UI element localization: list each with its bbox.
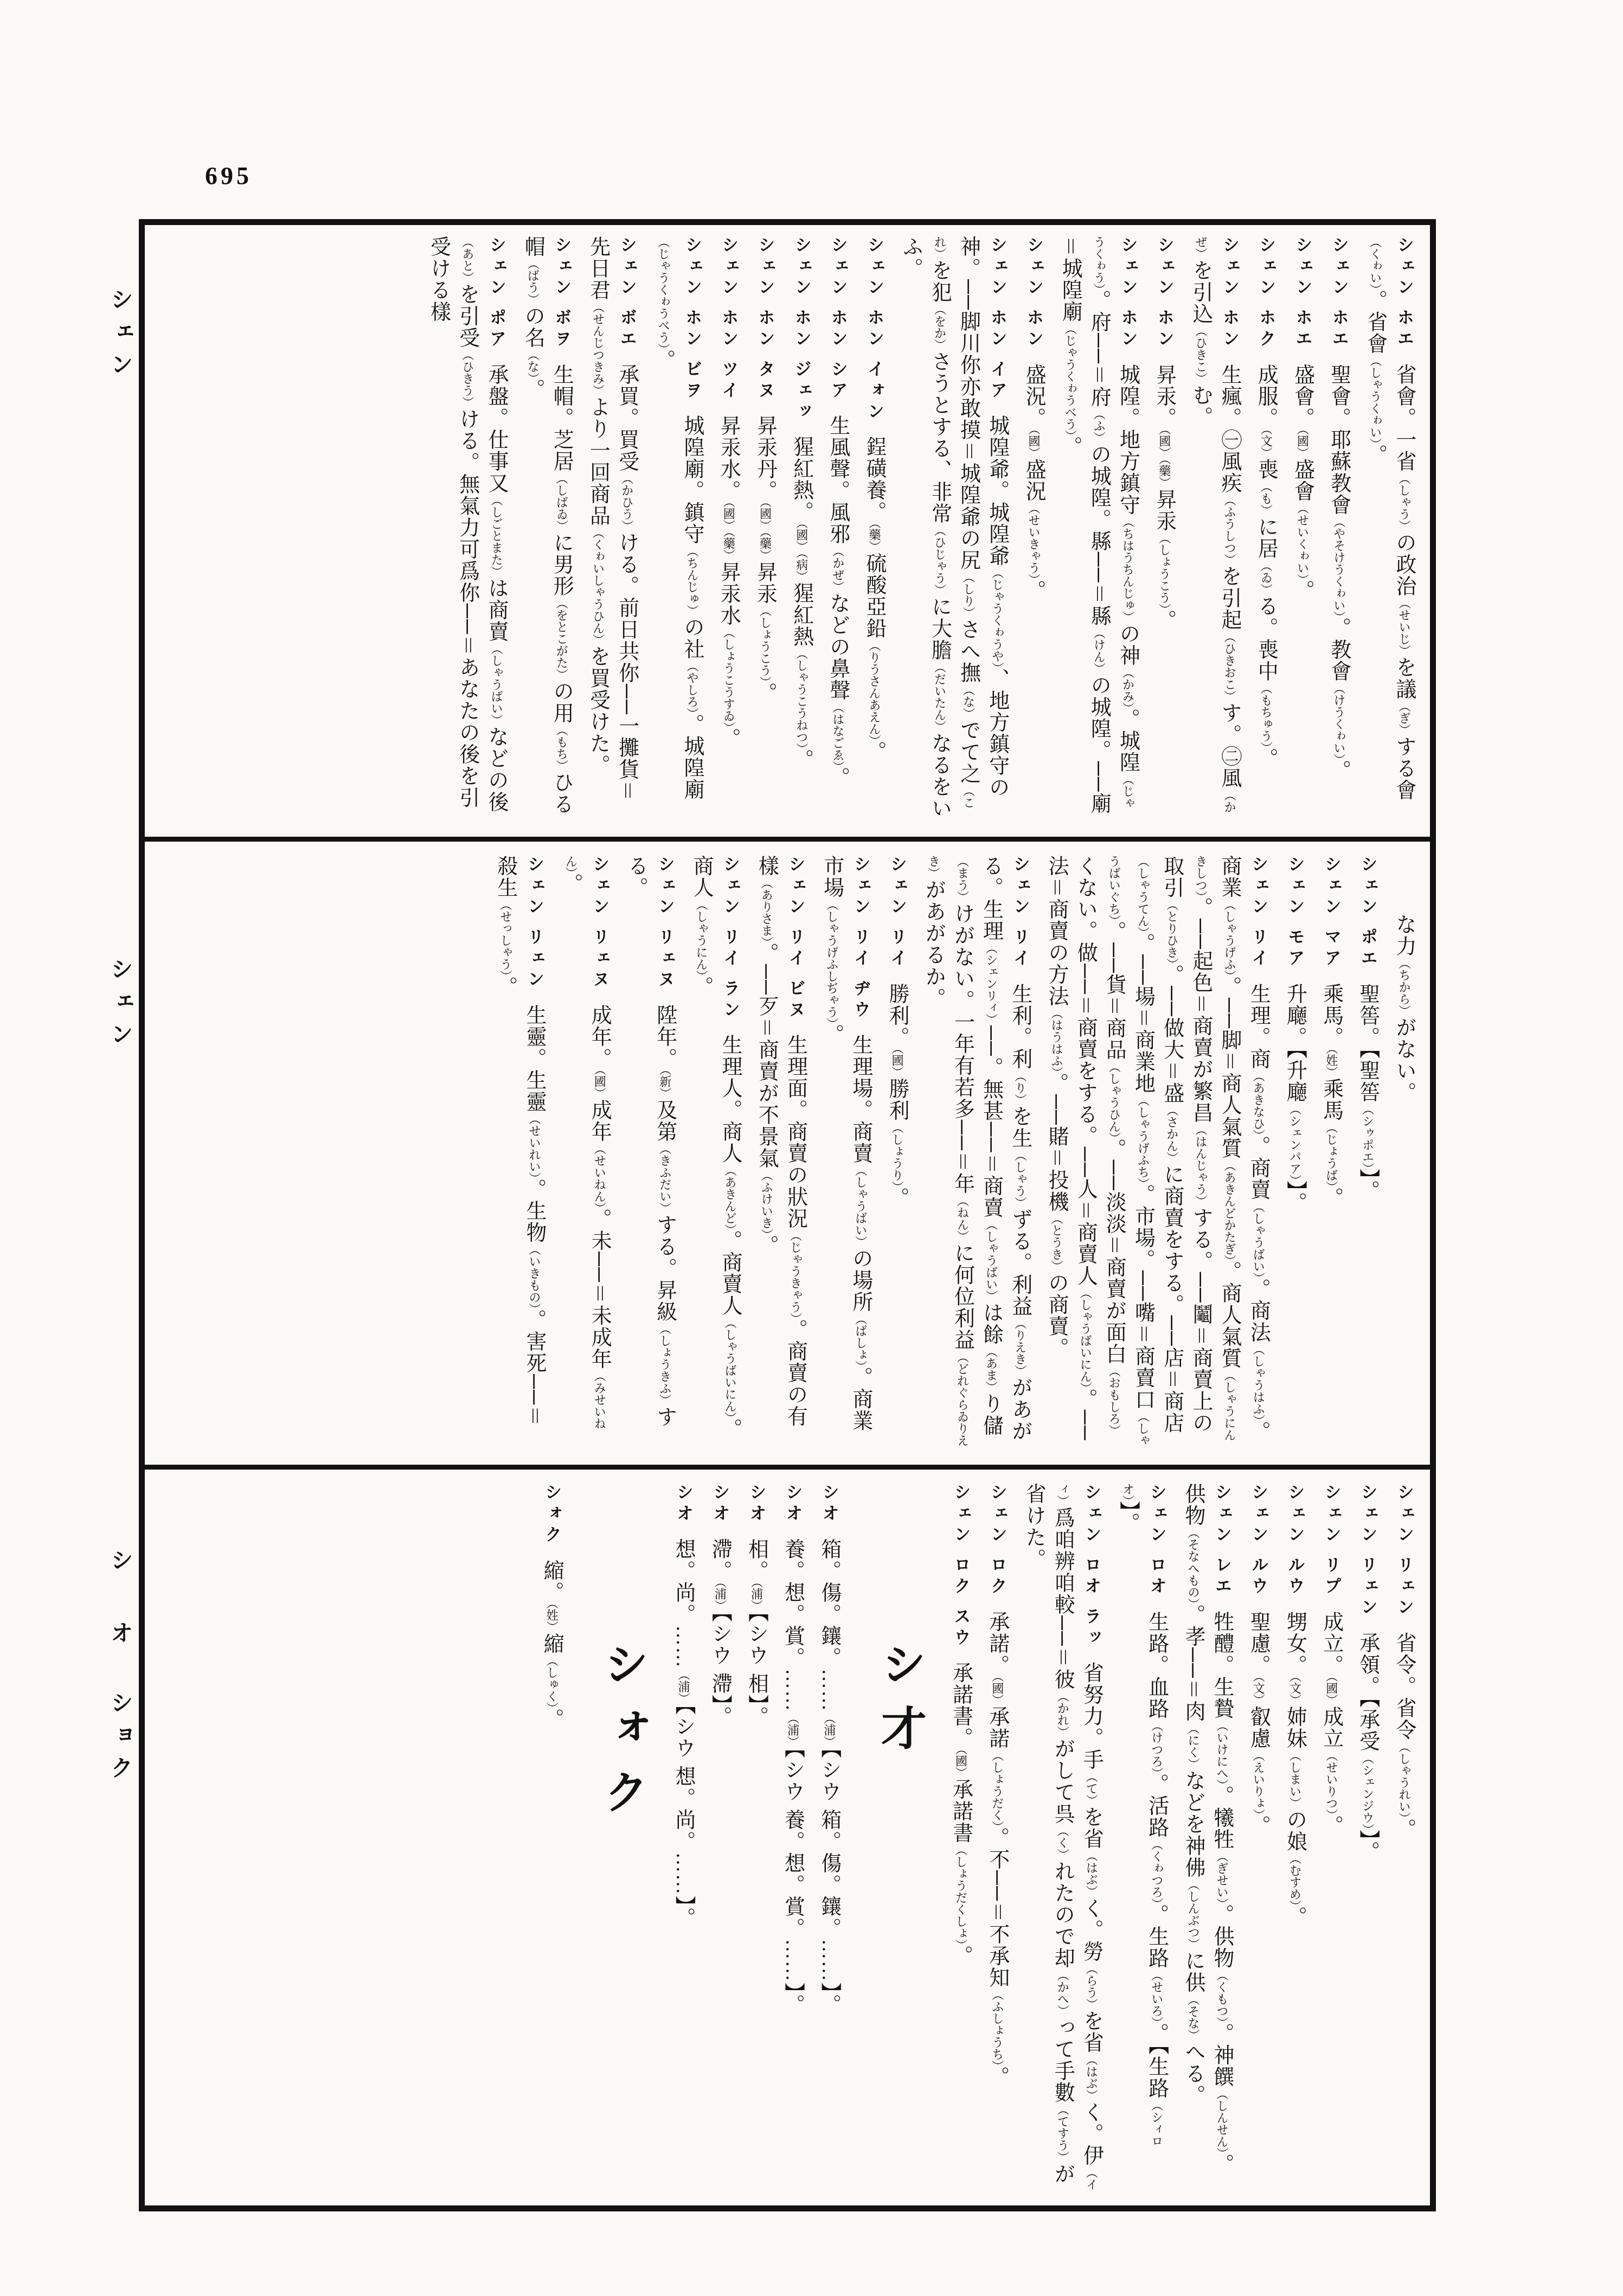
entry-definition-text: 滯。（浦）【シウ 滯】。 bbox=[708, 1538, 731, 1728]
entry-headword-kana: シオ bbox=[820, 1483, 839, 1525]
dict-entry: シオ養。想。賞。……（浦）【シウ 養。想。賞。……】。 bbox=[778, 1483, 806, 2192]
entry-definition-text: 想。尚。……（浦）【シウ 想。尚。……】。 bbox=[672, 1538, 695, 1929]
section-header-text: シォク bbox=[598, 1640, 649, 1832]
entry-headword-kana: シェン レエ bbox=[1213, 1483, 1231, 1598]
entry-headword-kana: シェン ホン bbox=[1024, 236, 1043, 351]
dict-entry: シェン ホン イア城隍爺。城隍爺（じゃうくゎうや）、地方鎮守の神。──脚川你亦敢… bbox=[896, 236, 1011, 820]
dict-entry: シェン ロク承諾。（國）承諾（しょうだく）。不──＝不承知（ふしょうち）。 bbox=[983, 1483, 1011, 2192]
dict-entry: シオ相。（浦）【シウ 相】。 bbox=[741, 1483, 770, 2192]
entry-definition-text: 乘馬。（姓）乘馬（じょうば）。 bbox=[1320, 983, 1343, 1209]
entry-headword-kana: シェン ポア bbox=[487, 236, 506, 351]
entry-headword-kana: シェン リイ bbox=[1011, 855, 1030, 970]
page-number: 695 bbox=[205, 162, 252, 190]
entry-definition-text: 成服。（文）喪（も）に居（ゐ）る。喪中（もちゅう）。 bbox=[1254, 364, 1277, 769]
entry-headword-kana: シオ bbox=[710, 1483, 729, 1525]
entry-headword-kana: シェン ホン タヌ bbox=[755, 236, 774, 402]
dict-entry: シェン マア乘馬。（姓）乘馬（じょうば）。 bbox=[1316, 855, 1345, 1447]
dict-entry: シェン リイ ビヌ生理面。商賣の狀況（じゃうきゃう）。商賣の有樣（ありさま）。─… bbox=[752, 855, 809, 1447]
entry-definition-text: 勝利。（國）勝利（しょうり）。 bbox=[886, 983, 908, 1209]
entry-headword-kana: シェン リイ ラン bbox=[721, 855, 740, 1021]
entry-headword-kana: シォク bbox=[542, 1483, 561, 1547]
entry-definition-text: 成立。（國）成立（せいりつ）。 bbox=[1320, 1611, 1343, 1837]
dict-entry: な力（ちから）がない。 bbox=[1389, 855, 1418, 1447]
entry-definition-text: 昇汞丹。（國）（藥）昇汞（しょうこう）。 bbox=[753, 415, 776, 704]
dict-entry: シェン ロク スウ承諾書。（國）承諾書（しょうだくしょ）。 bbox=[946, 1483, 974, 2192]
entry-definition-text: 相。（浦）【シウ 相】。 bbox=[745, 1538, 767, 1728]
dict-entry: シェン リェヌ陞年。（新）及第（きふだい）する。昇級（しょうきふ）する。 bbox=[621, 855, 678, 1447]
margin-index-label-shen-top: シェン bbox=[104, 287, 137, 385]
entry-definition-text: 養。想。賞。……（浦）【シウ 養。想。賞。……】。 bbox=[781, 1538, 804, 2016]
entry-definition-text: 昇汞水。（國）（藥）昇汞水（しょうこうすゐ）。 bbox=[717, 415, 740, 749]
margin-index-label-shen-middle: シェン bbox=[104, 957, 137, 1055]
entry-definition-text: 承諾。（國）承諾（しょうだく）。不──＝不承知（ふしょうち）。 bbox=[986, 1611, 1009, 2088]
entry-headword-kana: シェン ホン イォン bbox=[865, 236, 884, 423]
dict-entry: シェン リイ生理。商（あきなひ）。商賣（しゃうばい）。商法（しゃうはふ）。商業（… bbox=[1042, 855, 1273, 1447]
band-top-entries: シェン ホエ省會。一省（しゃう）の政治（せいじ）を議（ぎ）する會（くゎい）。省會… bbox=[153, 236, 1418, 820]
dict-entry: シェン リプ成立。（國）成立（せいりつ）。 bbox=[1316, 1483, 1345, 2192]
entry-headword-kana: シェン ホエ bbox=[1395, 236, 1414, 351]
entry-definition-text: 生理。商（あきなひ）。商賣（しゃうばい）。商法（しゃうはふ）。商業（しゃうげふ）… bbox=[1045, 855, 1269, 1446]
entry-definition-text: 猩紅熱。（國）（病）猩紅熱（しゃうこうねつ）。 bbox=[790, 436, 813, 771]
entry-headword-kana: シェン モア bbox=[1285, 855, 1304, 970]
dict-entry: シェン ホン タヌ昇汞丹。（國）（藥）昇汞（しょうこう）。 bbox=[750, 236, 779, 820]
section-header: シォク bbox=[591, 1483, 655, 2192]
section-header: シ才 bbox=[868, 1483, 932, 2192]
entry-headword-kana: シェン リェン bbox=[525, 855, 544, 991]
dict-entry: シオ箱。傷。鑲。……（浦）【シウ 箱。傷。鑲。……】。 bbox=[814, 1483, 843, 2192]
dict-entry: シェン ポエ聖筶。【聖筶（シゥポエ）】。 bbox=[1353, 855, 1382, 1447]
entry-headword-kana: シェン ロオ ラッ bbox=[1082, 1483, 1101, 1649]
entry-headword-kana: シェン リェン bbox=[1358, 1483, 1377, 1619]
entry-headword-kana: シェン ホン ジェッ bbox=[792, 236, 811, 423]
section-header-text: シ才 bbox=[875, 1640, 926, 1768]
entry-definition-text: 聖慮。（文）叡慮（えいりょ）。 bbox=[1247, 1611, 1269, 1837]
entry-headword-kana: シオ bbox=[784, 1483, 803, 1525]
dict-entry: シェン リイ ラン生理人。商人（あきんど）。商賣人（しゃうばいにん）。商人（しゃ… bbox=[687, 855, 744, 1447]
entry-headword-kana: シェン マア bbox=[1322, 855, 1341, 970]
entry-headword-kana: シェン ホン ビヲ bbox=[683, 236, 702, 402]
entry-headword-kana: シェン ホエ bbox=[1330, 236, 1349, 351]
entry-headword-kana: シェン リイ ヂウ bbox=[851, 855, 870, 1021]
entry-headword-kana: シェン リェヌ bbox=[656, 855, 675, 991]
dict-entry: シェン ルウ甥女。（文）姉妹（しまい）の娘（むすめ）。 bbox=[1280, 1483, 1308, 2192]
dict-entry: シェン リェヌ成年。（國）成年（せいねん）。未──＝未成年（みせいねん）。 bbox=[556, 855, 613, 1447]
entry-headword-kana: シェン ルウ bbox=[1285, 1483, 1304, 1598]
entry-definition-text: 承領。【承受（シェンジウ）】。 bbox=[1356, 1632, 1379, 1863]
band-bottom-entries: シェン リェン省令。省令（しゃうれい）。シェン リェン承領。【承受（シェンジウ）… bbox=[153, 1483, 1418, 2192]
dict-entry: シェン ロオ生路。血路（けつろ）。活路（くゎつろ）。生路（せいろ）。【生路（シィ… bbox=[1113, 1483, 1170, 2192]
dict-entry: シォク縮。（姓）縮（しゅく）。 bbox=[537, 1483, 566, 2192]
entry-definition-text: 聖會。耶蘇教會（やそけうくゎい）。教會（けうくゎい）。 bbox=[1327, 364, 1350, 781]
entry-headword-kana: シェン ロク スウ bbox=[952, 1483, 971, 1649]
entry-headword-kana: シェン リイ bbox=[888, 855, 907, 970]
dict-entry: シェン リェン生靈。生靈（せいれい）。生物（いきもの）。害死──＝殺生（せっしゃ… bbox=[491, 855, 548, 1447]
entry-headword-kana: シェン ルウ bbox=[1249, 1483, 1268, 1598]
dict-entry: シェン ホン イォン鋥磺養。（藥）硫酸亞鉛（りうさんあえん）。 bbox=[859, 236, 888, 820]
dict-entry: シェン ルウ聖慮。（文）叡慮（えいりょ）。 bbox=[1243, 1483, 1272, 2192]
entry-definition-text: 盛會。（國）盛會（せいくゎい）。 bbox=[1291, 364, 1313, 601]
entry-definition-text: 甥女。（文）姉妹（しまい）の娘（むすめ）。 bbox=[1283, 1611, 1306, 1928]
entry-definition-text: 省令。省令（しゃうれい）。 bbox=[1393, 1632, 1415, 1840]
entry-headword-kana: シェン ポエ bbox=[1358, 855, 1377, 970]
entry-definition-text: 承諾書。（國）承諾書（しょうだくしょ）。 bbox=[950, 1662, 972, 1967]
entry-headword-kana: シェン ホン bbox=[1220, 236, 1239, 351]
entry-headword-kana: シェン ホン イア bbox=[988, 236, 1007, 402]
dict-entry: シェン ホン生瘋。㊀風疾（ふうしつ）を引起（ひきおこ）す。㊁風（かぜ）を引込（ひ… bbox=[1186, 236, 1243, 820]
margin-index-label-shoku: ショク bbox=[104, 1691, 137, 1788]
dict-entry: シェン ホク成服。（文）喪（も）に居（ゐ）る。喪中（もちゅう）。 bbox=[1251, 236, 1280, 820]
dict-entry: シェン リェン承領。【承受（シェンジウ）】。 bbox=[1353, 1483, 1382, 2192]
band-divider-rule-2 bbox=[145, 1465, 1430, 1470]
dict-entry: シオ想。尚。……（浦）【シウ 想。尚。……】。 bbox=[669, 1483, 697, 2192]
entry-headword-kana: シェン リェヌ bbox=[590, 855, 609, 991]
entry-definition-text: 縮。（姓）縮（しゅく）。 bbox=[540, 1560, 563, 1730]
entry-definition-text: な力（ちから）がない。 bbox=[1393, 914, 1415, 1104]
entry-headword-kana: シェン ボヲ bbox=[552, 236, 571, 351]
entry-headword-kana: シェン ホン シア bbox=[829, 236, 848, 402]
dict-entry: シェン ホン ジェッ猩紅熱。（國）（病）猩紅熱（しゃうこうねつ）。 bbox=[786, 236, 815, 820]
entry-headword-kana: シェン ホン ツイ bbox=[719, 236, 738, 402]
entry-headword-kana: シェン ホン bbox=[1119, 236, 1138, 351]
dict-entry: シェン リイ勝利。（國）勝利（しょうり）。 bbox=[882, 855, 911, 1447]
dict-entry: シェン リイ ヂウ生理場。商賣（しゃうばい）の場所（ばしょ）。商業市場（しゃうげ… bbox=[817, 855, 874, 1447]
band-middle-entries: な力（ちから）がない。シェン ポエ聖筶。【聖筶（シゥポエ）】。シェン マア乘馬。… bbox=[153, 855, 1418, 1447]
entry-headword-kana: シェン リイ ビヌ bbox=[786, 855, 805, 1021]
dict-entry: シェン ボエ承買。買受（かひう）ける。前日共你──一攤貨＝先日君（せんじつきみ）… bbox=[583, 236, 640, 820]
entry-headword-kana: シェン リイ bbox=[1249, 855, 1268, 970]
entry-definition-text: 箱。傷。鑲。……（浦）【シウ 箱。傷。鑲。……】。 bbox=[818, 1538, 841, 2016]
entry-headword-kana: シェン ボエ bbox=[618, 236, 637, 351]
dict-entry: シェン ホエ聖會。耶蘇教會（やそけうくゎい）。教會（けうくゎい）。 bbox=[1324, 236, 1352, 820]
entry-headword-kana: シオ bbox=[747, 1483, 766, 1525]
dict-entry: シェン モア升廰。【升廰（シェンパア）】。 bbox=[1280, 855, 1308, 1447]
dict-entry: シェン リイ生利。利（り）を生（しゃう）ずる。利益（りえき）があがる。生理（シェ… bbox=[919, 855, 1034, 1447]
band-divider-rule-1 bbox=[145, 837, 1430, 842]
dict-entry: シオ滯。（浦）【シウ 滯】。 bbox=[705, 1483, 734, 2192]
entry-definition-text: 升廰。【升廰（シェンパア）】。 bbox=[1283, 983, 1306, 1214]
entry-headword-kana: シェン ロオ bbox=[1147, 1483, 1166, 1598]
entry-headword-kana: シェン リプ bbox=[1322, 1483, 1341, 1598]
dict-entry: シェン ポア承盤。仕事又（しごとまた）は商賣（しゃうばい）などの後（あと）を引受… bbox=[424, 236, 510, 820]
dict-entry: シェン ボヲ生帽。芝居（しばゐ）に男形（をとこがた）の用（もち）ひる帽（ばう）の… bbox=[518, 236, 575, 820]
dict-entry: シェン リェン省令。省令（しゃうれい）。 bbox=[1389, 1483, 1418, 2192]
margin-index-label-shio: シ オ bbox=[104, 1548, 137, 1665]
dict-entry: シェン ロオ ラッ省努力。手（て）を省（はぶ）く。勞（らう）を省（はぶ）く。伊（… bbox=[1019, 1483, 1106, 2192]
dict-entry: シェン ホン ツイ昇汞水。（國）（藥）昇汞水（しょうこうすゐ）。 bbox=[714, 236, 742, 820]
dictionary-page-scan: 695 シェン シェン シ オ ショク シェン ホエ省會。一省（しゃう）の政治（… bbox=[0, 0, 1623, 2296]
entry-headword-kana: シェン リェン bbox=[1395, 1483, 1414, 1619]
dict-entry: シェン ホエ盛會。（國）盛會（せいくゎい）。 bbox=[1287, 236, 1316, 820]
entry-definition-text: 聖筶。【聖筶（シゥポエ）】。 bbox=[1356, 983, 1379, 1202]
dict-entry: シェン ホエ省會。一省（しゃう）の政治（せいじ）を議（ぎ）する會（くゎい）。省會… bbox=[1361, 236, 1418, 820]
entry-headword-kana: シェン ロク bbox=[988, 1483, 1007, 1598]
entry-headword-kana: シオ bbox=[674, 1483, 693, 1525]
dict-entry: シェン ホン城隍。地方鎮守（ちはうちんじゅ）の神（かみ）。城隍（じゃうくゎう）。… bbox=[1055, 236, 1142, 820]
entry-definition-text: 生風聲。風邪（かぜ）などの鼻聲（はなごゑ）。 bbox=[826, 415, 849, 788]
entry-headword-kana: シェン ホン bbox=[1155, 236, 1174, 351]
entry-definition-text: 昇汞。（國）（藥）昇汞（しょうこう）。 bbox=[1153, 364, 1176, 631]
entry-definition-text: 鋥磺養。（藥）硫酸亞鉛（りうさんあえん）。 bbox=[863, 436, 886, 762]
dict-entry: シェン ホン昇汞。（國）（藥）昇汞（しょうこう）。 bbox=[1150, 236, 1178, 820]
entry-headword-kana: シェン ホエ bbox=[1293, 236, 1312, 351]
entry-headword-kana: シェン ホク bbox=[1256, 236, 1275, 351]
dict-entry: シェン ホン盛況。（國）盛況（せいきゃう）。 bbox=[1019, 236, 1048, 820]
entry-definition-text: 盛況。（國）盛況（せいきゃう）。 bbox=[1022, 364, 1045, 601]
page-border-box: シェン ホエ省會。一省（しゃう）の政治（せいじ）を議（ぎ）する會（くゎい）。省會… bbox=[139, 219, 1436, 2211]
dict-entry: シェン ホン シア生風聲。風邪（かぜ）などの鼻聲（はなごゑ）。 bbox=[823, 236, 852, 820]
dict-entry: シェン ホン ビヲ城隍廟。鎮守（ちんじゅ）の社（やしろ）。城隍廟（じゃうくゎうべ… bbox=[649, 236, 706, 820]
dict-entry: シェン レエ牲醴。生贄（いけにへ）。犧牲（ぎせい）。供物（くもつ）。神饌（しんせ… bbox=[1178, 1483, 1236, 2192]
